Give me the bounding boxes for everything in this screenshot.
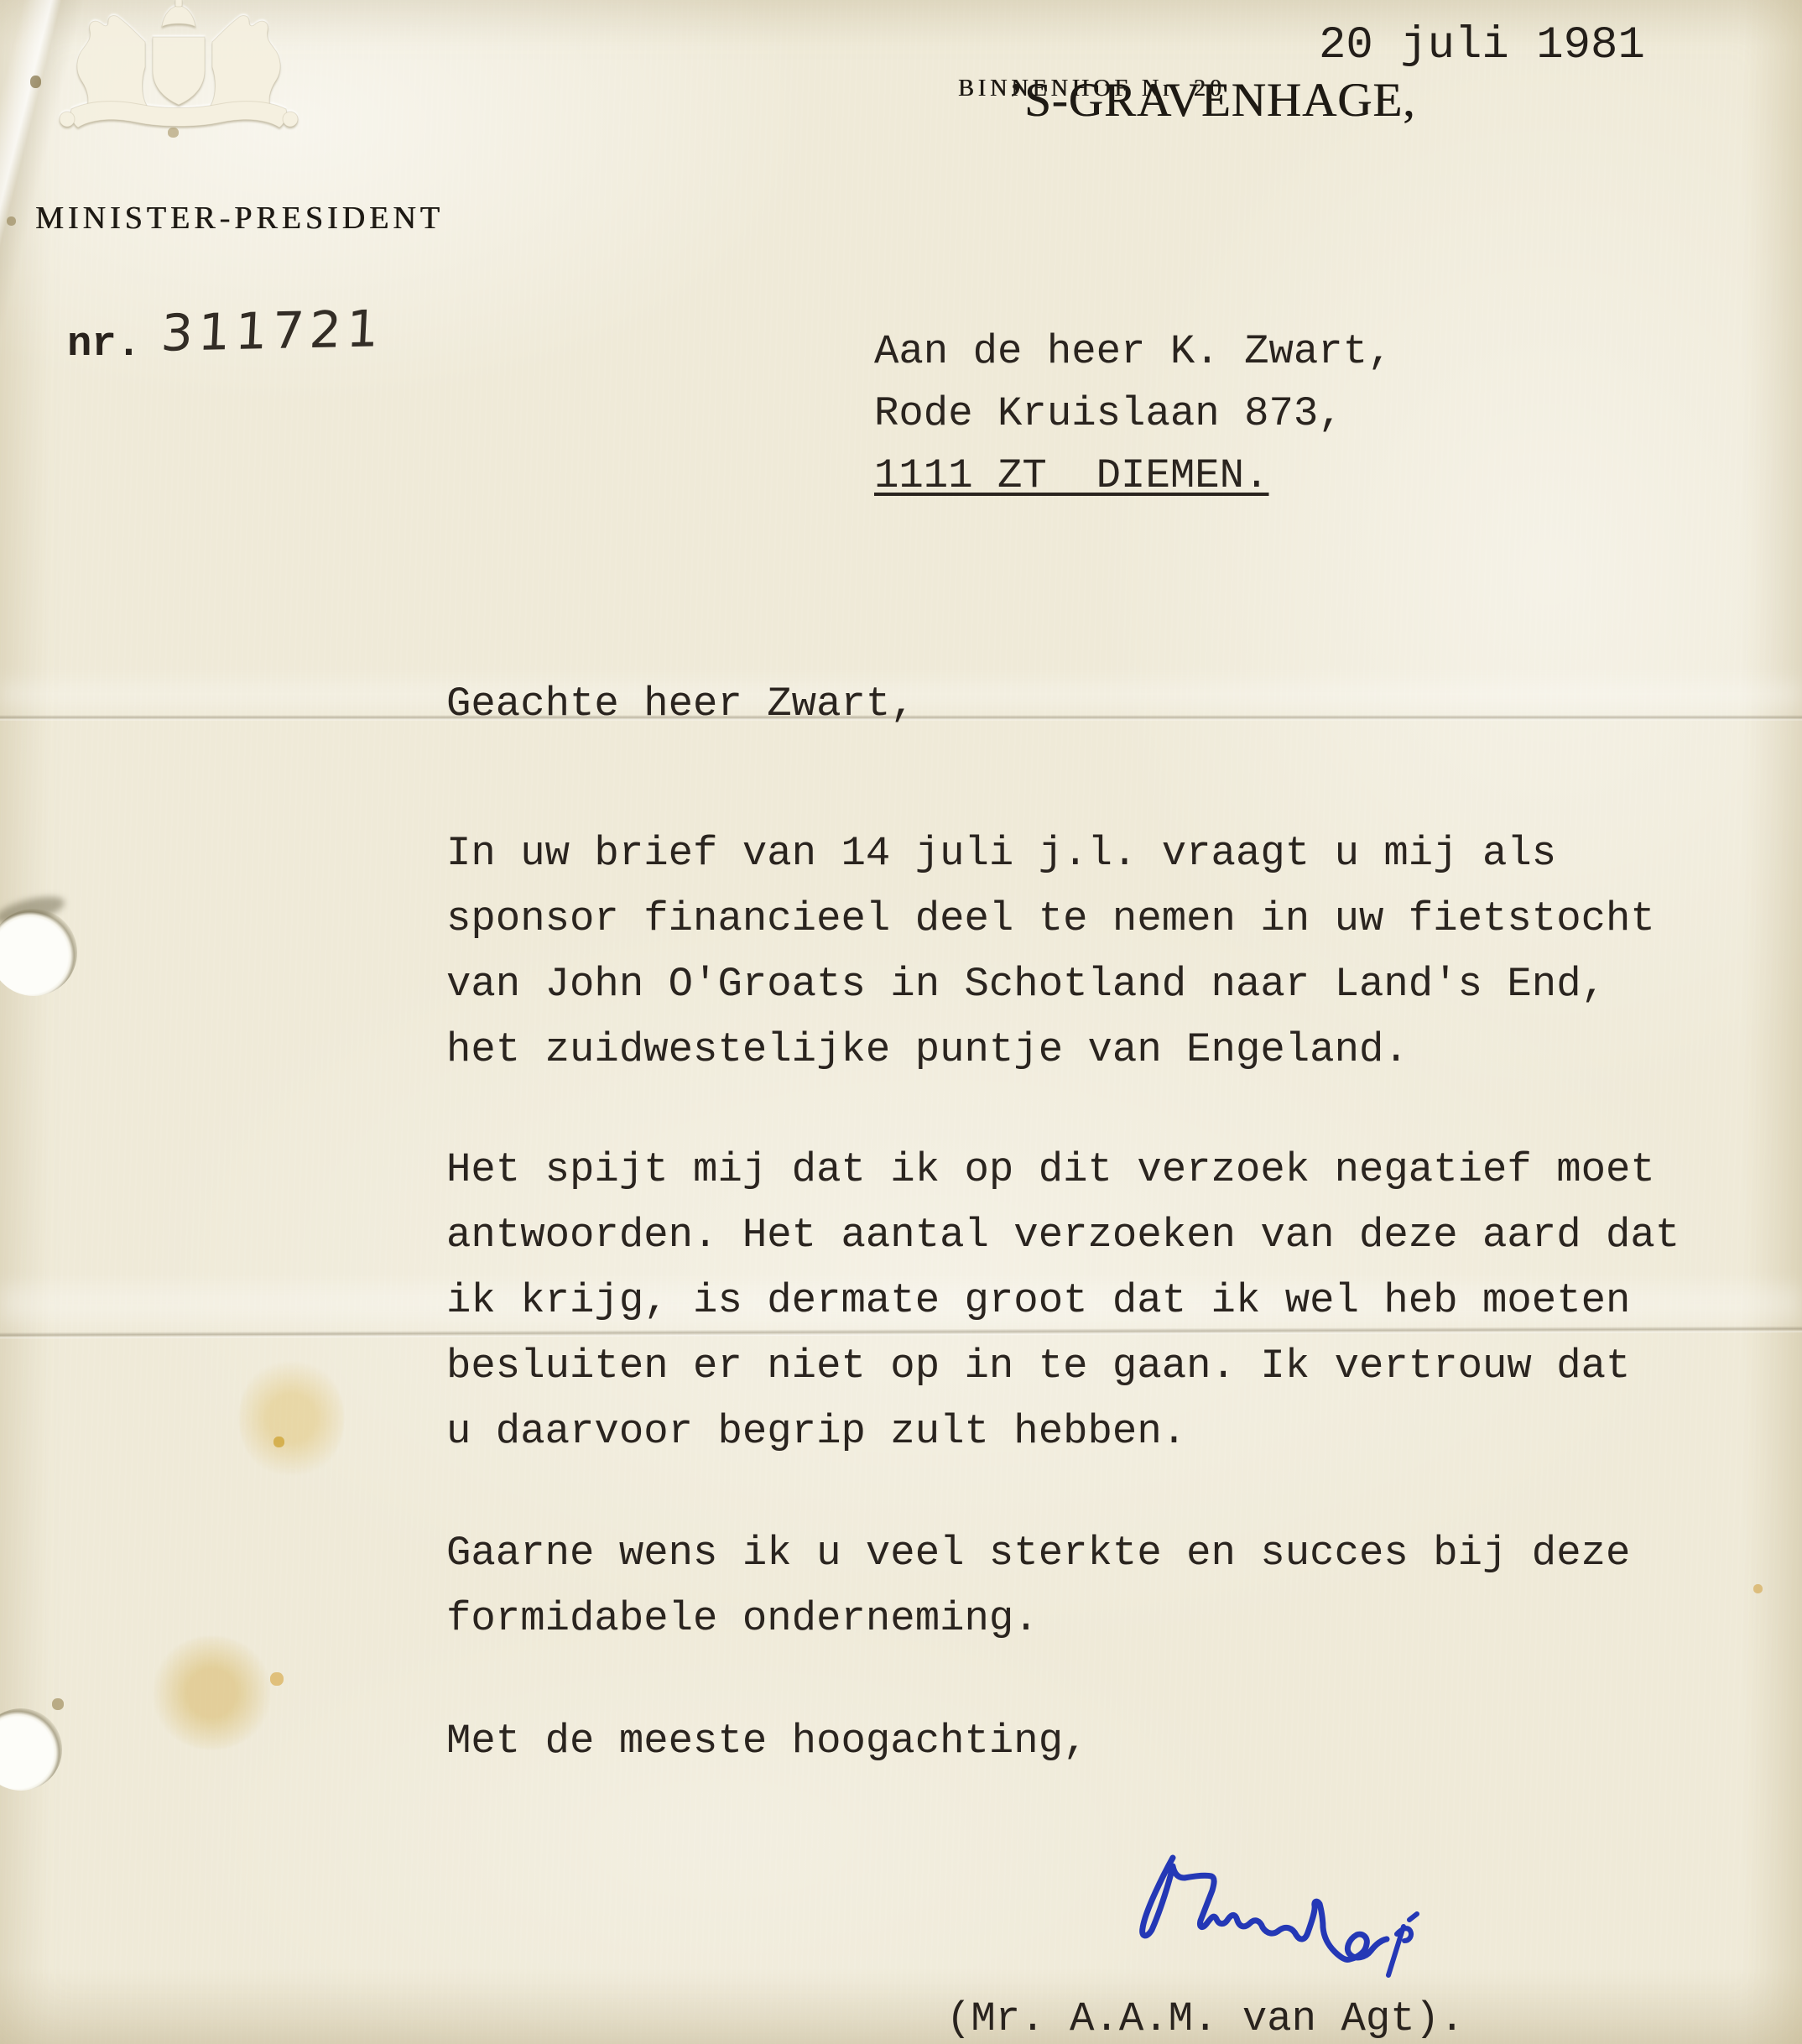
stain-speck: [1753, 1584, 1763, 1593]
sender-title: MINISTER-PRESIDENT: [35, 200, 444, 237]
letterhead-date: 20 juli 1981: [1319, 20, 1645, 71]
signer-name: (Mr. A.A.M. van Agt).: [946, 1995, 1465, 2042]
body-line: Gaarne wens ik u veel sterkte en succes …: [446, 1520, 1630, 1586]
closing: Met de meeste hoogachting,: [446, 1708, 1088, 1774]
body-line: In uw brief van 14 juli j.l. vraagt u mi…: [446, 821, 1655, 886]
recipient-block: Aan de heer K. Zwart, Rode Kruislaan 873…: [874, 321, 1393, 507]
stain-speck: [270, 1672, 284, 1686]
body-line: besluiten er niet op in te gaan. Ik vert…: [446, 1333, 1680, 1399]
royal-coat-of-arms-emboss-icon: [46, 0, 310, 157]
reference-label: nr.: [67, 321, 141, 368]
signature-ink-flourish: [1388, 1914, 1417, 1975]
body-line: van John O'Groats in Schotland naar Land…: [446, 952, 1655, 1017]
body-paragraph: Gaarne wens ik u veel sterkte en succes …: [446, 1520, 1630, 1651]
signature-van-agt: [1106, 1822, 1508, 2003]
punch-hole: [0, 1708, 62, 1791]
body-line: ik krijg, is dermate groot dat ik wel he…: [446, 1268, 1680, 1333]
letter-paper: ’S-GRAVENHAGE, 20 juli 1981 BINNENHOF Nr…: [0, 0, 1802, 2044]
letterhead-address: BINNENHOF Nr. 20: [958, 76, 1226, 102]
body-line: u daarvoor begrip zult hebben.: [446, 1399, 1680, 1464]
stain-speck: [273, 1437, 284, 1447]
body-line: het zuidwestelijke puntje van Engeland.: [446, 1017, 1655, 1082]
body-line: antwoorden. Het aantal verzoeken van dez…: [446, 1202, 1680, 1268]
body-line: sponsor financieel deel te nemen in uw f…: [446, 886, 1655, 952]
recipient-line: Aan de heer K. Zwart,: [874, 321, 1393, 383]
stain: [239, 1358, 344, 1479]
punch-hole: [0, 909, 77, 996]
stain: [151, 1636, 273, 1749]
recipient-line: Rode Kruislaan 873,: [874, 383, 1393, 445]
signature-ink-stroke: [1143, 1858, 1387, 1959]
body-line: Het spijt mij dat ik op dit verzoek nega…: [446, 1137, 1680, 1202]
reference-number: 311721: [161, 302, 383, 361]
body-paragraph: In uw brief van 14 juli j.l. vraagt u mi…: [446, 821, 1655, 1082]
body-line: formidabele onderneming.: [446, 1586, 1630, 1651]
recipient-line: 1111 ZT DIEMEN.: [874, 445, 1393, 507]
stain-speck: [52, 1698, 64, 1710]
body-paragraph: Het spijt mij dat ik op dit verzoek nega…: [446, 1137, 1680, 1464]
salutation: Geachte heer Zwart,: [446, 671, 915, 737]
